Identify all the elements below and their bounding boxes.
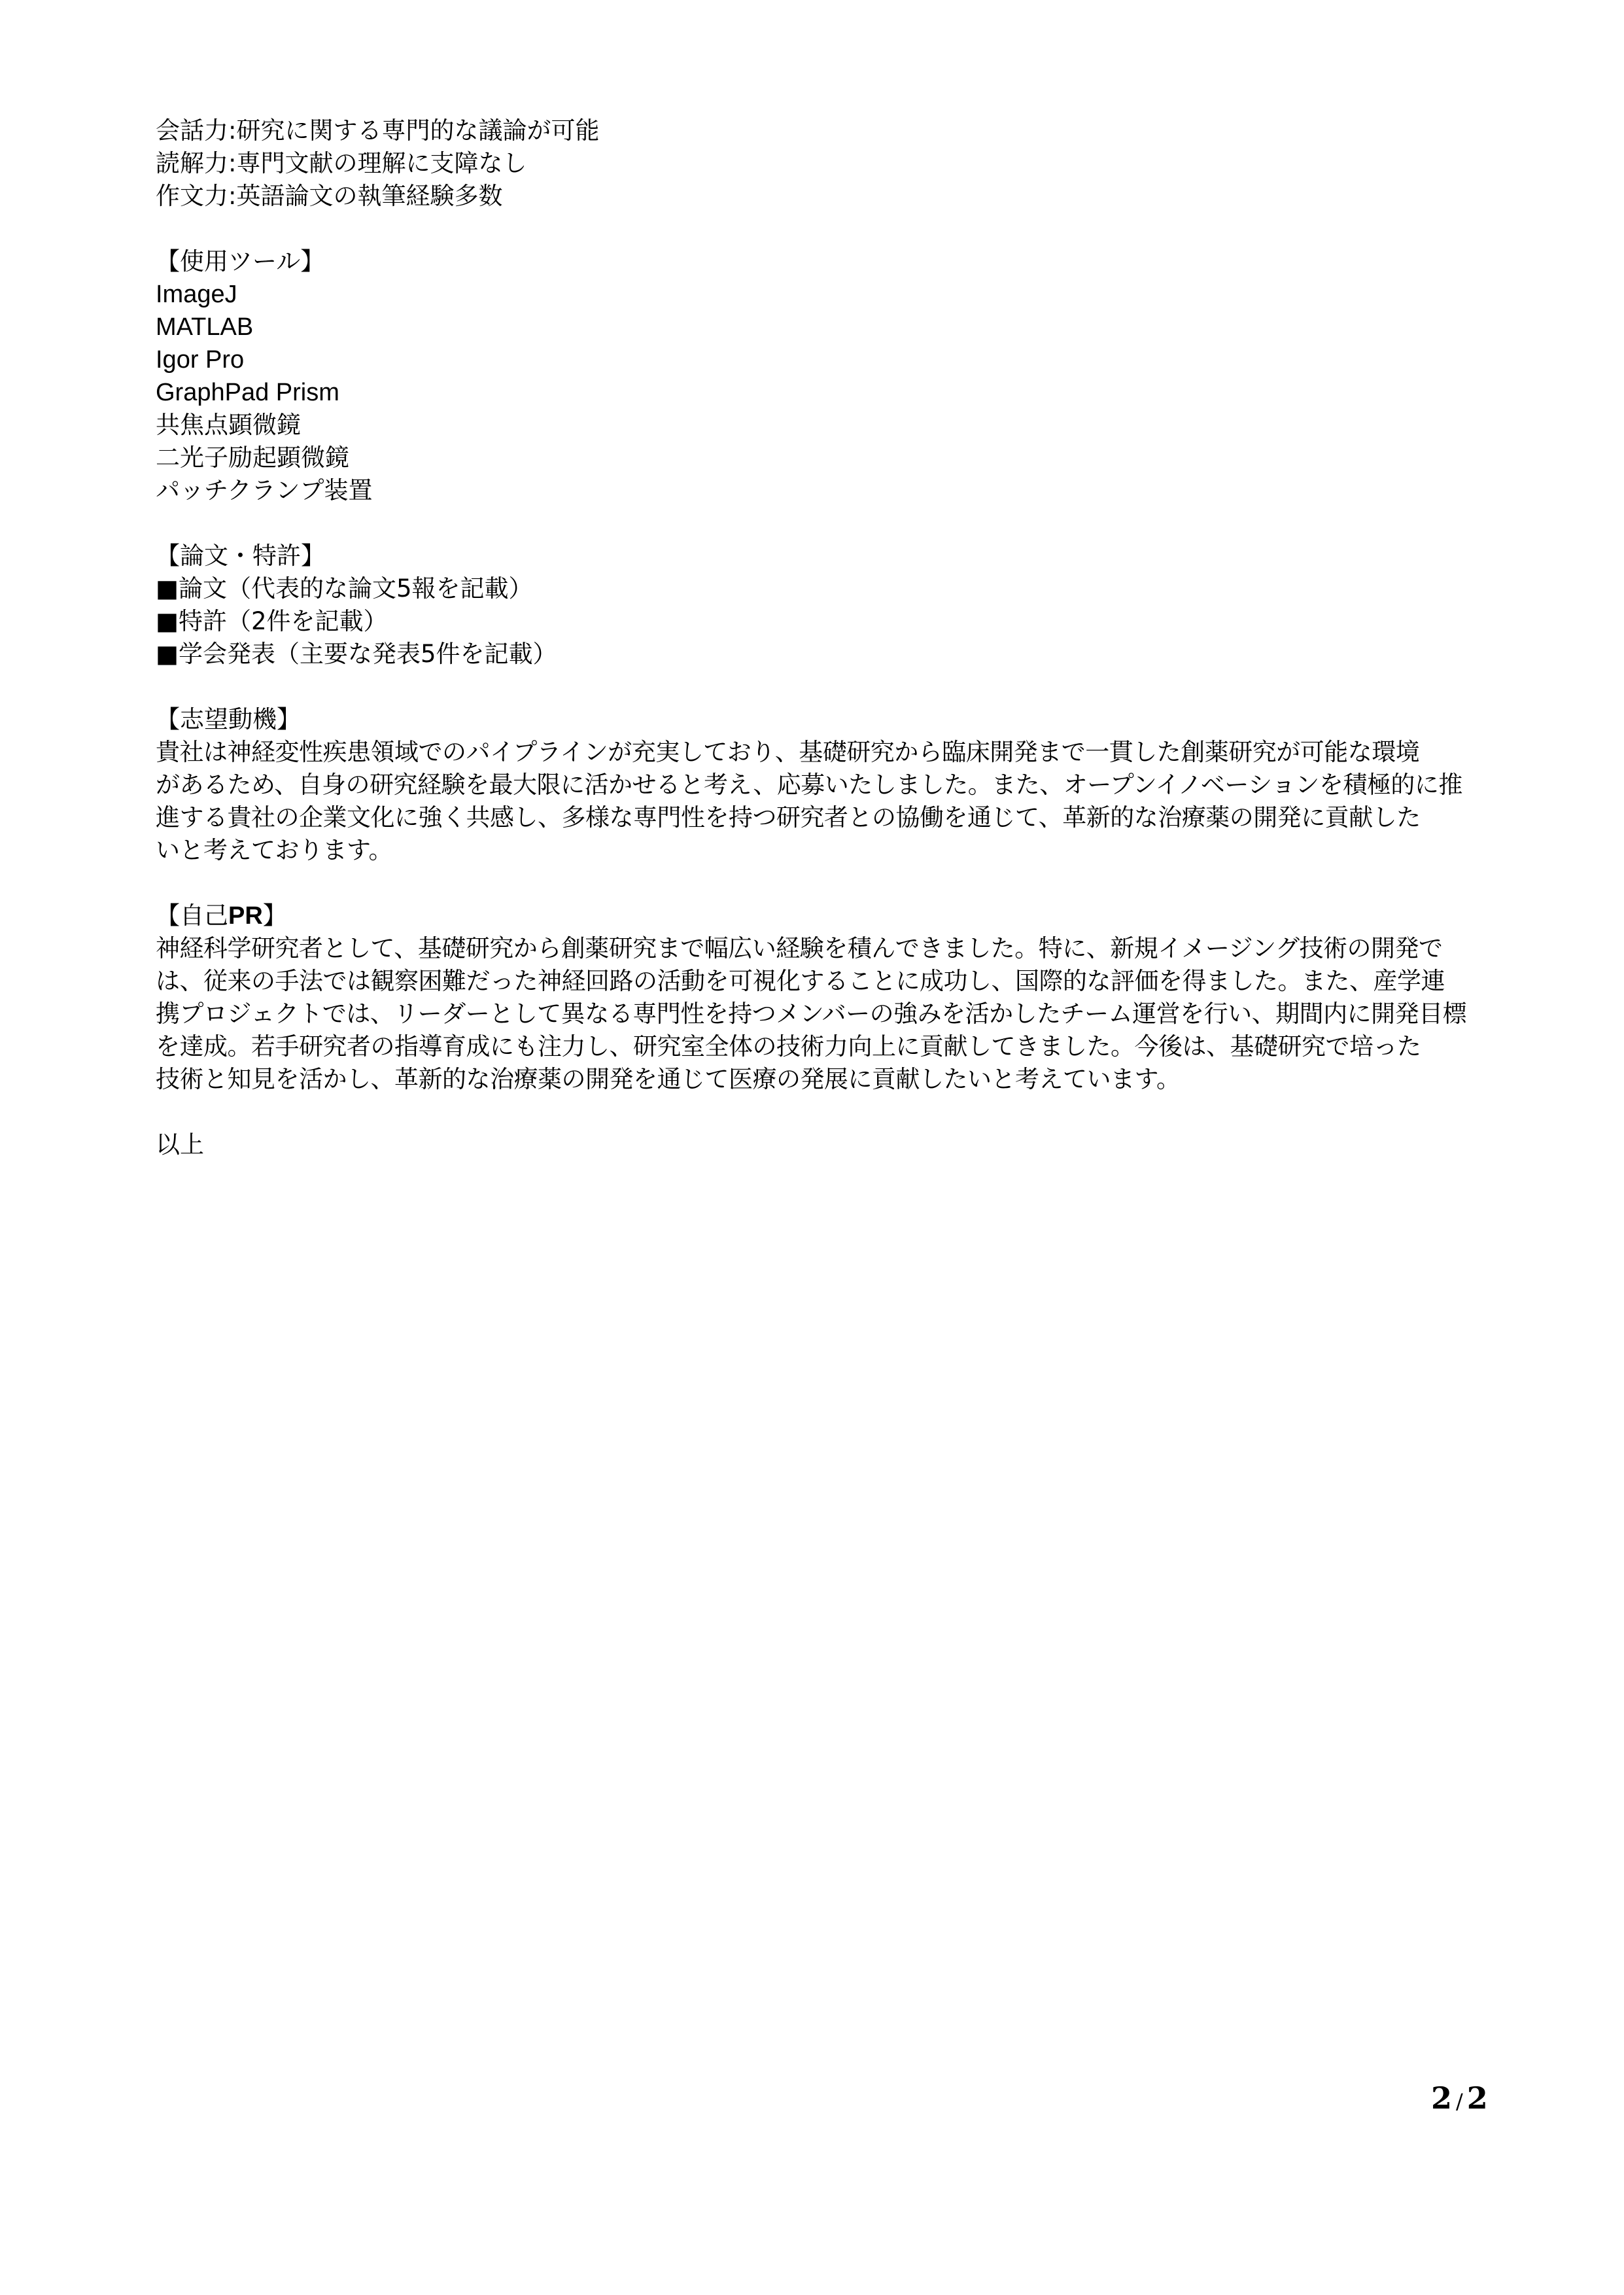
skill-value: 英語論文の執筆経験多数 — [236, 182, 502, 210]
publications-section: 【論文・特許】 ■論文（代表的な論文5報を記載） ■特許（2件を記載） ■学会発… — [156, 540, 1496, 671]
self-pr-section: 【自己PR】 神経科学研究者として、基礎研究から創薬研究まで幅広い経験を積んでき… — [156, 900, 1496, 1096]
language-skill-writing: 作文力:英語論文の執筆経験多数 — [156, 180, 1496, 213]
self-pr-heading-bold: PR — [228, 902, 263, 930]
closing-text: 以上 — [156, 1129, 1496, 1161]
motivation-line: いと考えております。 — [156, 834, 1496, 867]
tool-item: ImageJ — [156, 278, 1496, 311]
document-page: 会話力:研究に関する専門的な議論が可能 読解力:専門文献の理解に支障なし 作文力… — [0, 0, 1624, 2295]
self-pr-heading: 【自己PR】 — [156, 900, 1496, 932]
language-skill-reading: 読解力:専門文献の理解に支障なし — [156, 147, 1496, 180]
page-number-separator: / — [1456, 2089, 1464, 2114]
motivation-line: 進する貴社の企業文化に強く共感し、多様な専門性を持つ研究者との協働を通じて、革新… — [156, 801, 1496, 834]
motivation-heading: 【志望動機】 — [156, 703, 1496, 736]
tools-heading: 【使用ツール】 — [156, 245, 1496, 278]
skill-separator: : — [228, 182, 236, 210]
publications-heading: 【論文・特許】 — [156, 540, 1496, 572]
self-pr-line: 技術と知見を活かし、革新的な治療薬の開発を通じて医療の発展に貢献したいと考えてい… — [156, 1063, 1496, 1096]
spacer — [156, 867, 1496, 900]
tool-item: Igor Pro — [156, 343, 1496, 376]
skill-label: 読解力 — [156, 149, 228, 177]
publication-item: ■学会発表（主要な発表5件を記載） — [156, 638, 1496, 671]
spacer — [156, 507, 1496, 540]
skill-value: 研究に関する専門的な議論が可能 — [236, 116, 599, 145]
tool-item: 二光子励起顕微鏡 — [156, 442, 1496, 474]
self-pr-line: は、従来の手法では観察困難だった神経回路の活動を可視化することに成功し、国際的な… — [156, 965, 1496, 998]
page-number-total: 2 — [1467, 2080, 1489, 2116]
skill-separator: : — [228, 149, 236, 177]
skill-value: 専門文献の理解に支障なし — [236, 149, 527, 177]
self-pr-line: 携プロジェクトでは、リーダーとして異なる専門性を持つメンバーの強みを活かしたチー… — [156, 998, 1496, 1030]
skill-label: 作文力 — [156, 182, 228, 210]
spacer — [156, 1096, 1496, 1129]
skill-separator: : — [228, 116, 236, 145]
spacer — [156, 671, 1496, 703]
tool-item: GraphPad Prism — [156, 376, 1496, 409]
self-pr-line: 神経科学研究者として、基礎研究から創薬研究まで幅広い経験を積んできました。特に、… — [156, 932, 1496, 965]
motivation-line: があるため、自身の研究経験を最大限に活かせると考え、応募いたしました。また、オー… — [156, 769, 1496, 801]
language-skill-speaking: 会話力:研究に関する専門的な議論が可能 — [156, 114, 1496, 147]
page-number-current: 2 — [1431, 2080, 1453, 2116]
self-pr-line: を達成。若手研究者の指導育成にも注力し、研究室全体の技術力向上に貢献してきました… — [156, 1030, 1496, 1063]
language-skills-section: 会話力:研究に関する専門的な議論が可能 読解力:専門文献の理解に支障なし 作文力… — [156, 114, 1496, 213]
skill-label: 会話力 — [156, 116, 228, 145]
document-body: 会話力:研究に関する専門的な議論が可能 読解力:専門文献の理解に支障なし 作文力… — [156, 114, 1496, 1161]
self-pr-heading-suffix: 】 — [263, 902, 287, 930]
tool-item: 共焦点顕微鏡 — [156, 409, 1496, 442]
publication-item: ■特許（2件を記載） — [156, 605, 1496, 638]
page-number: 2/2 — [1431, 2080, 1489, 2116]
motivation-line: 貴社は神経変性疾患領域でのパイプラインが充実しており、基礎研究から臨床開発まで一… — [156, 736, 1496, 769]
self-pr-heading-prefix: 【自己 — [156, 902, 228, 930]
tool-item: パッチクランプ装置 — [156, 474, 1496, 507]
tool-item: MATLAB — [156, 311, 1496, 343]
motivation-section: 【志望動機】 貴社は神経変性疾患領域でのパイプラインが充実しており、基礎研究から… — [156, 703, 1496, 867]
publication-item: ■論文（代表的な論文5報を記載） — [156, 572, 1496, 605]
tools-section: 【使用ツール】 ImageJ MATLAB Igor Pro GraphPad … — [156, 245, 1496, 507]
spacer — [156, 213, 1496, 245]
